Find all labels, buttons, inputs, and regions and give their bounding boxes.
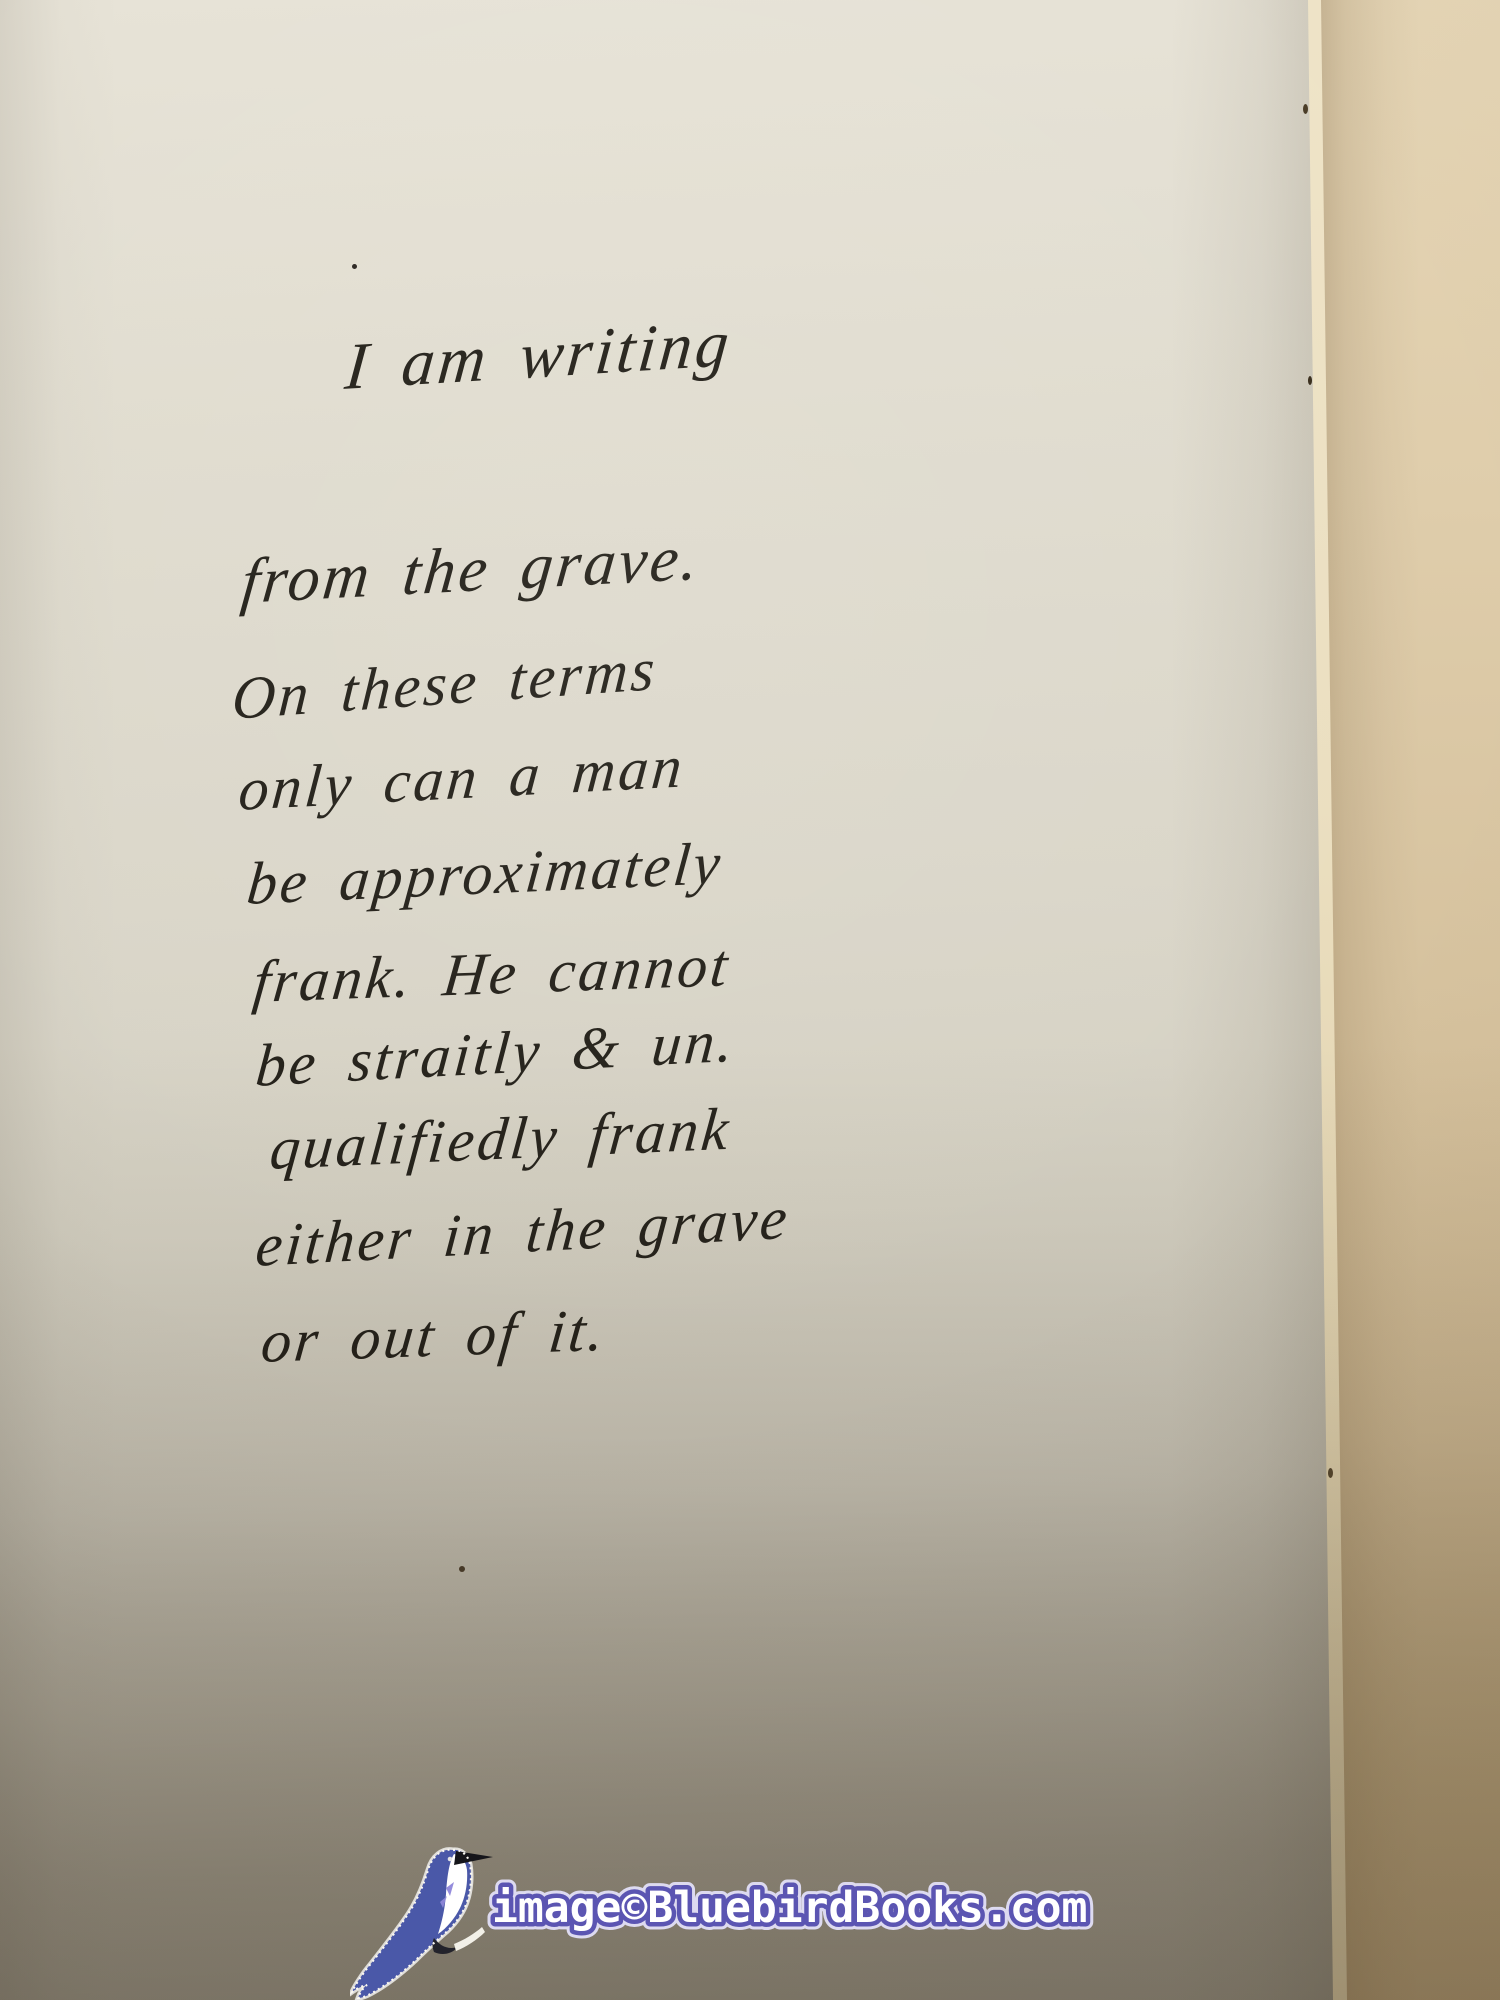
handwriting-line-10: or out of it. — [258, 1296, 610, 1377]
handwriting-block: I am writing from the grave. On these te… — [0, 0, 1500, 2000]
handwriting-line-4: only can a man — [236, 732, 688, 825]
handwriting-line-3: On these terms — [230, 635, 660, 734]
handwriting-line-9: either in the grave — [253, 1184, 793, 1281]
handwriting-line-8: qualifiedly frank — [267, 1095, 735, 1184]
handwriting-line-2: from the grave. — [238, 520, 705, 619]
handwriting-line-1: I am writing — [342, 306, 735, 406]
handwriting-line-7: be straitly & un. — [253, 1006, 739, 1101]
handwriting-line-6: frank. He cannot — [250, 931, 734, 1017]
handwriting-line-5: be approximately — [244, 829, 726, 919]
book-photo: I am writing from the grave. On these te… — [0, 0, 1500, 2000]
